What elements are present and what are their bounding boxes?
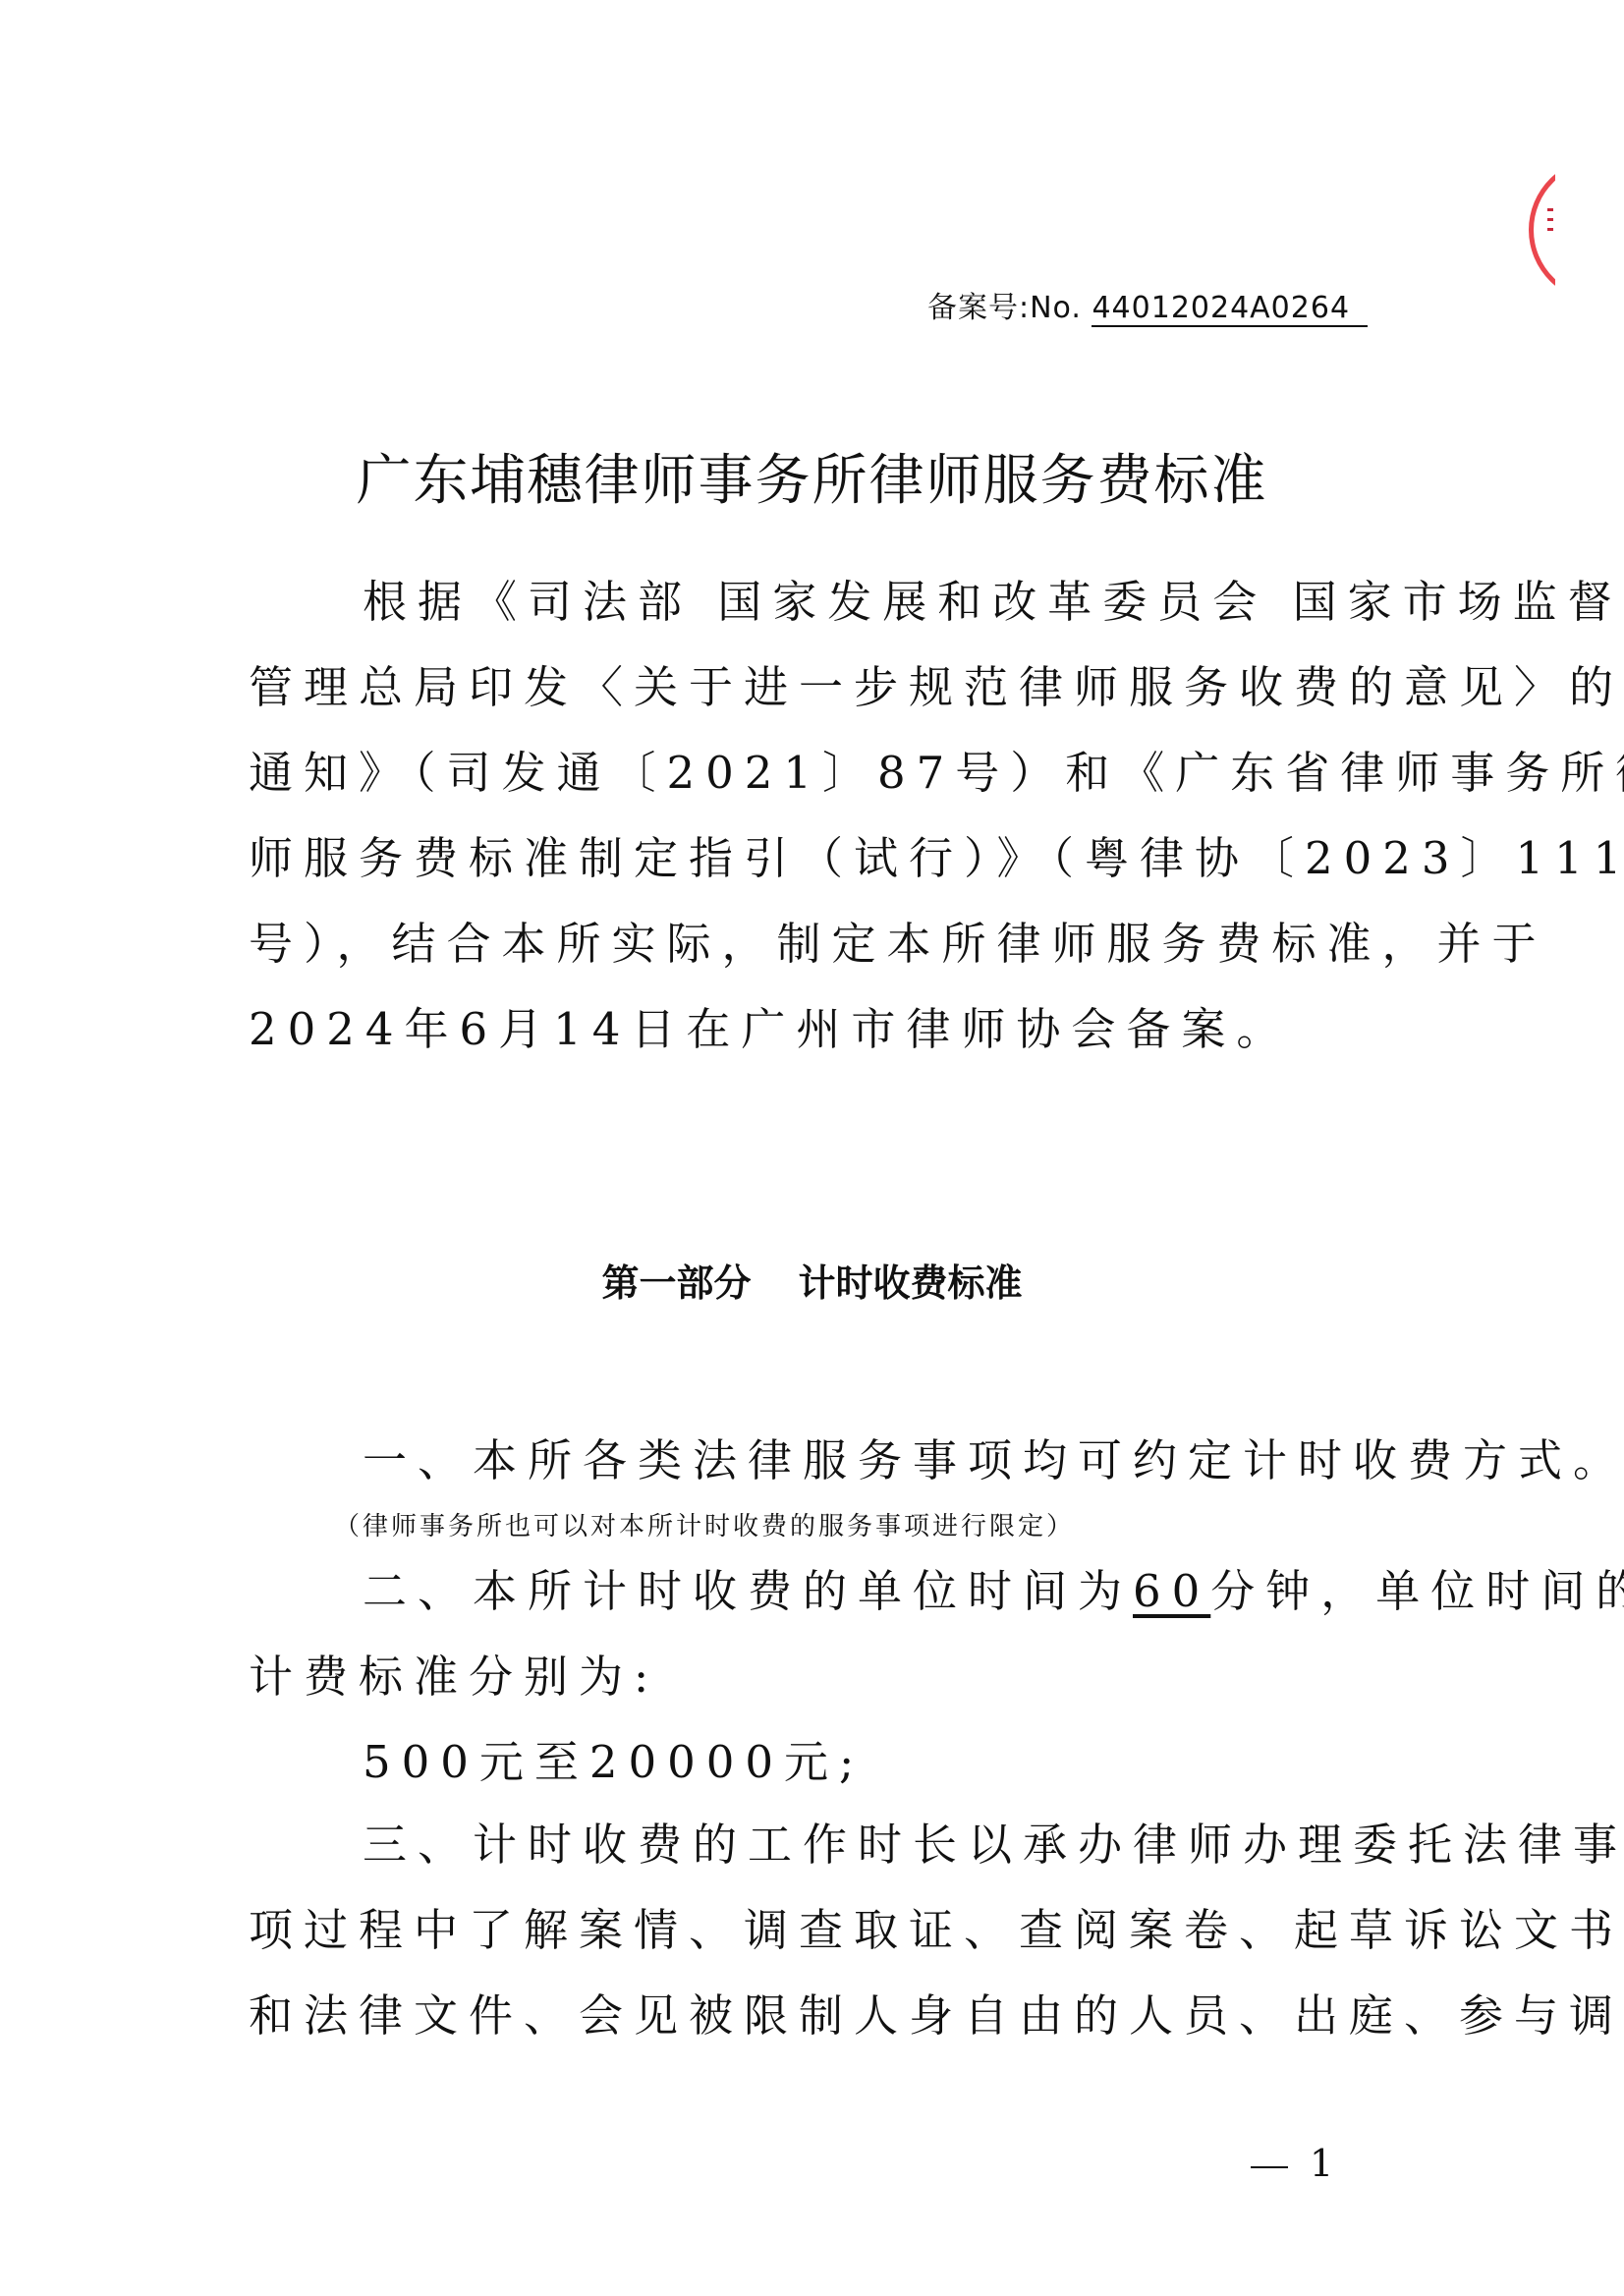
section-heading: 第一部分计时收费标准 bbox=[0, 1253, 1624, 1307]
clause-two-suffix: 分钟，单位时间的 bbox=[1210, 1565, 1624, 1617]
unit-time-value: 60 bbox=[1133, 1565, 1210, 1617]
intro-line: 通知》（司发通〔2021〕87号）和《广东省律师事务所律 bbox=[249, 744, 1378, 829]
document-page: 备案号:No. 44012024A0264 广东埔穗律师事务所律师服务费标准 根… bbox=[0, 0, 1624, 2296]
clause-three: 三、计时收费的工作时长以承办律师办理委托法律事 项过程中了解案情、调查取证、查阅… bbox=[249, 1816, 1378, 2072]
clause-two-line-2: 计费标准分别为: bbox=[249, 1648, 1378, 1733]
intro-line: 2024年6月14日在广州市律师协会备案。 bbox=[249, 1000, 1378, 1086]
filing-number-value: 44012024A0264 bbox=[1092, 292, 1368, 327]
clause-two-line-1: 二、本所计时收费的单位时间为60分钟，单位时间的 bbox=[249, 1562, 1378, 1648]
seal-text-mark bbox=[1547, 218, 1553, 221]
clause-one-text: 一、本所各类法律服务事项均可约定计时收费方式。 bbox=[249, 1431, 1378, 1517]
intro-line: 号），结合本所实际，制定本所律师服务费标准，并于 bbox=[249, 915, 1378, 1000]
clause-one: 一、本所各类法律服务事项均可约定计时收费方式。 bbox=[249, 1431, 1378, 1517]
clause-three-line: 和法律文件、会见被限制人身自由的人员、出庭、参与调 bbox=[249, 1987, 1378, 2072]
section-part: 第一部分 bbox=[601, 1261, 751, 1305]
seal-text-mark bbox=[1547, 228, 1553, 231]
intro-line: 管理总局印发〈关于进一步规范律师服务收费的意见〉的 bbox=[249, 658, 1378, 744]
filing-label: 备案号:No. bbox=[927, 291, 1082, 325]
fee-range: 500元至20000元; bbox=[249, 1733, 1378, 1819]
intro-line: 根据《司法部 国家发展和改革委员会 国家市场监督 bbox=[249, 573, 1378, 658]
clause-one-note: （律师事务所也可以对本所计时收费的服务事项进行限定） bbox=[334, 1506, 1075, 1542]
intro-paragraph: 根据《司法部 国家发展和改革委员会 国家市场监督 管理总局印发〈关于进一步规范律… bbox=[249, 573, 1378, 1086]
intro-line: 师服务费标准制定指引（试行）》（粤律协〔2023〕111 bbox=[249, 829, 1378, 915]
dash-icon bbox=[1251, 2166, 1288, 2168]
filing-number: 备案号:No. 44012024A0264 bbox=[927, 283, 1368, 327]
page-number-value: 1 bbox=[1310, 2142, 1333, 2185]
clause-three-line: 项过程中了解案情、调查取证、查阅案卷、起草诉讼文书 bbox=[249, 1901, 1378, 1987]
seal-text-mark bbox=[1547, 208, 1553, 211]
section-name: 计时收费标准 bbox=[799, 1261, 1023, 1305]
clause-two: 二、本所计时收费的单位时间为60分钟，单位时间的 计费标准分别为: 500元至2… bbox=[249, 1562, 1378, 1819]
document-title: 广东埔穗律师事务所律师服务费标准 bbox=[0, 437, 1624, 516]
clause-two-prefix: 二、本所计时收费的单位时间为 bbox=[363, 1565, 1133, 1617]
page-number: 1 bbox=[1251, 2142, 1333, 2185]
official-seal-stamp bbox=[1529, 157, 1555, 303]
clause-three-line: 三、计时收费的工作时长以承办律师办理委托法律事 bbox=[249, 1816, 1378, 1901]
